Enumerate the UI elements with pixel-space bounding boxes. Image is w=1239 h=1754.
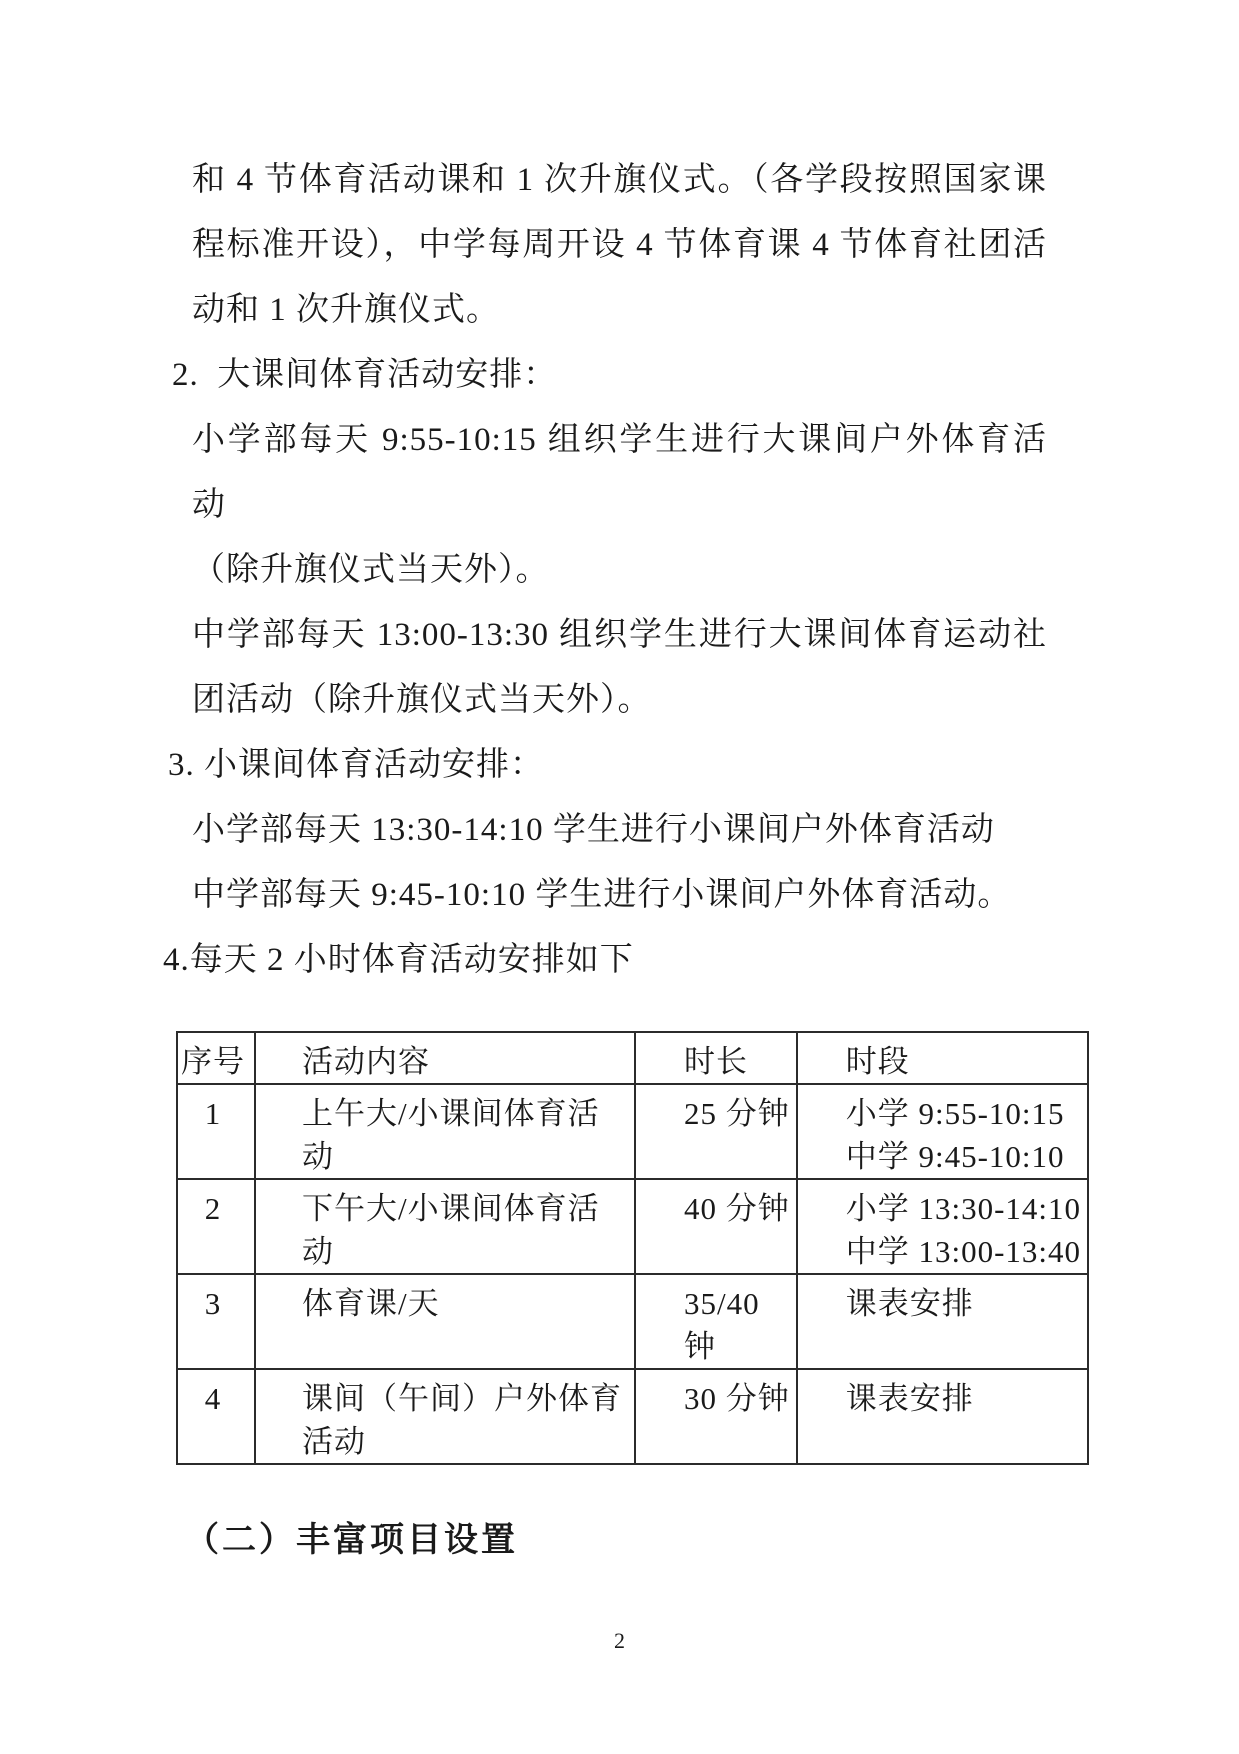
body-line: 和 4 节体育活动课和 1 次升旗仪式。（各学段按照国家课 — [192, 148, 1047, 213]
header-duration: 时长 — [635, 1032, 797, 1084]
cell-no: 3 — [177, 1274, 255, 1369]
duration-line: 35/40 分 — [684, 1282, 790, 1325]
header-no: 序号 — [177, 1032, 255, 1084]
period-line: 中学 13:00-13:40 — [846, 1230, 1081, 1273]
cell-no: 1 — [177, 1084, 255, 1179]
page-number: 2 — [0, 1628, 1239, 1654]
table-row: 1 上午大/小课间体育活动 25 分钟 小学 9:55-10:15 中学 9:4… — [177, 1084, 1088, 1179]
body-line: 动和 1 次升旗仪式。 — [192, 278, 1047, 343]
period-line: 中学 9:45-10:10 — [846, 1135, 1081, 1178]
body-line: 程标准开设），中学每周开设 4 节体育课 4 节体育社团活 — [192, 213, 1047, 278]
cell-activity: 课间（午间）户外体育活动 — [255, 1369, 635, 1464]
header-activity: 活动内容 — [255, 1032, 635, 1084]
cell-activity: 上午大/小课间体育活动 — [255, 1084, 635, 1179]
cell-no: 4 — [177, 1369, 255, 1464]
document-page: 和 4 节体育活动课和 1 次升旗仪式。（各学段按照国家课 程标准开设），中学每… — [0, 0, 1239, 1754]
body-line: 团活动（除升旗仪式当天外）。 — [192, 668, 1047, 733]
period-line: 课表安排 — [846, 1282, 1081, 1325]
body-line: 小学部每天 9:55-10:15 组织学生进行大课间户外体育活 — [192, 408, 1047, 473]
table-header-row: 序号 活动内容 时长 时段 — [177, 1032, 1088, 1084]
body-line: 中学部每天 13:00-13:30 组织学生进行大课间体育运动社 — [192, 603, 1047, 668]
duration-line: 25 分钟 — [684, 1092, 790, 1135]
cell-activity: 体育课/天 — [255, 1274, 635, 1369]
cell-duration: 35/40 分 钟 — [635, 1274, 797, 1369]
cell-duration: 40 分钟 — [635, 1179, 797, 1274]
cell-period: 课表安排 — [797, 1369, 1088, 1464]
cell-period: 课表安排 — [797, 1274, 1088, 1369]
duration-line: 钟 — [684, 1325, 790, 1368]
period-line: 课表安排 — [846, 1377, 1081, 1420]
cell-activity: 下午大/小课间体育活动 — [255, 1179, 635, 1274]
cell-duration: 25 分钟 — [635, 1084, 797, 1179]
list-item-4: 4.每天 2 小时体育活动安排如下 — [163, 928, 1047, 993]
cell-no: 2 — [177, 1179, 255, 1274]
body-line: 中学部每天 9:45-10:10 学生进行小课间户外体育活动。 — [192, 863, 1047, 928]
table-row: 4 课间（午间）户外体育活动 30 分钟 课表安排 — [177, 1369, 1088, 1464]
period-line: 小学 13:30-14:10 — [846, 1187, 1081, 1230]
cell-period: 小学 9:55-10:15 中学 9:45-10:10 — [797, 1084, 1088, 1179]
activity-schedule-table: 序号 活动内容 时长 时段 1 上午大/小课间体育活动 25 分钟 小学 9:5… — [176, 1031, 1089, 1465]
duration-line: 30 分钟 — [684, 1377, 790, 1420]
table-row: 2 下午大/小课间体育活动 40 分钟 小学 13:30-14:10 中学 13… — [177, 1179, 1088, 1274]
body-line: （除升旗仪式当天外）。 — [192, 538, 1047, 603]
body-line: 动 — [192, 473, 1047, 538]
table-row: 3 体育课/天 35/40 分 钟 课表安排 — [177, 1274, 1088, 1369]
header-period: 时段 — [797, 1032, 1088, 1084]
period-line: 小学 9:55-10:15 — [846, 1092, 1081, 1135]
body-text: 和 4 节体育活动课和 1 次升旗仪式。（各学段按照国家课 程标准开设），中学每… — [192, 148, 1047, 993]
cell-duration: 30 分钟 — [635, 1369, 797, 1464]
body-line: 小学部每天 13:30-14:10 学生进行小课间户外体育活动 — [192, 798, 1047, 863]
cell-period: 小学 13:30-14:10 中学 13:00-13:40 — [797, 1179, 1088, 1274]
list-item-3: 3. 小课间体育活动安排： — [168, 733, 1047, 798]
duration-line: 40 分钟 — [684, 1187, 790, 1230]
section-heading: （二）丰富项目设置 — [185, 1512, 518, 1561]
list-item-2: 2. 大课间体育活动安排： — [172, 343, 1047, 408]
